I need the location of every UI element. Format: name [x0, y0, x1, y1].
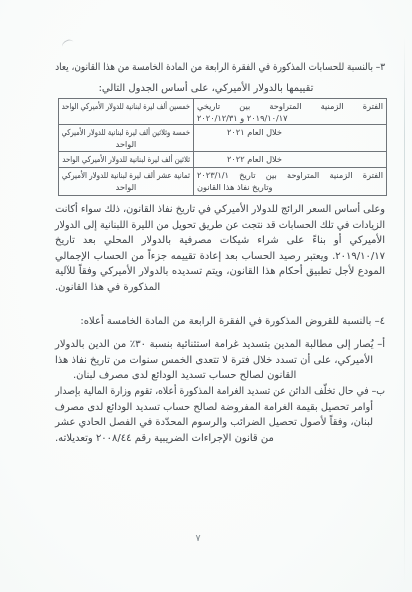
paragraph-line: وعلى أساس السعر الرائج للدولار الأميركي …	[64, 202, 385, 218]
paragraph-line: ٢٠١٩/١٠/١٧. ويعتبر رصيد الحساب بعد إعادة…	[55, 249, 385, 265]
exchange-rate-table-wrap: الفترة الزمنية المتراوحة بين تاريخي ٢٠١٩…	[59, 98, 387, 196]
period-cell: الفترة الزمنية المتراوحة بين تاريخ ٢٠٢٣/…	[194, 168, 387, 196]
clause-3-paragraph: ٣– بالنسبة للحسابات المذكورة في الفقرة ا…	[55, 58, 385, 99]
rate-cell: خمسة وثلاثين ألف ليرة لبنانية للدولار ال…	[59, 125, 194, 152]
cell-line: ٢٠١٩/١٠/١٧ و ٢٠٢٠/١٢/٣١	[197, 112, 383, 124]
rate-cell: خمسين ألف ليرة لبنانية للدولار الأميركي …	[59, 99, 194, 125]
cell-line: ثلاثين ألف ليرة لبنانية للدولار الأميركي…	[82, 153, 190, 165]
table-row: الفترة الزمنية المتراوحة بين تاريخي ٢٠١٩…	[59, 99, 387, 125]
cell-line: ثمانية عشر ألف ليرة لبنانية للدولار الأم…	[79, 169, 190, 181]
cell-line: خمسين ألف ليرة لبنانية للدولار الأميركي …	[87, 100, 190, 112]
period-cell: خلال العام ٢٠٢١	[194, 125, 387, 152]
clause-3-line: ٣– بالنسبة للحسابات المذكورة في الفقرة ا…	[91, 58, 385, 79]
subclause-b-line: لبنان، وفقاً لأصول تحصيل الضرائب والرسوم…	[57, 415, 373, 431]
cell-line: خلال العام ٢٠٢١	[197, 126, 383, 138]
rate-cell: ثلاثين ألف ليرة لبنانية للدولار الأميركي…	[59, 152, 194, 168]
paragraph-line: المودع لأجل تطبيق أحكام هذا القانون، ويت…	[55, 264, 385, 280]
cell-line: الواحد	[62, 138, 190, 150]
scan-artifact-mark	[61, 38, 76, 51]
period-cell: الفترة الزمنية المتراوحة بين تاريخي ٢٠١٩…	[194, 99, 387, 125]
exchange-rate-table: الفترة الزمنية المتراوحة بين تاريخي ٢٠١٩…	[58, 98, 387, 196]
rate-cell: ثمانية عشر ألف ليرة لبنانية للدولار الأم…	[59, 168, 194, 196]
subclause-b-line: ب– في حال تخلّف الدائن عن تسديد الغرامة …	[79, 384, 385, 400]
scanned-page: ٣– بالنسبة للحسابات المذكورة في الفقرة ا…	[0, 0, 412, 592]
cell-line: خلال العام ٢٠٢٢	[197, 153, 383, 165]
table-row: خلال العام ٢٠٢٢ ثلاثين ألف ليرة لبنانية …	[59, 152, 387, 168]
scan-edge-shadow	[404, 36, 405, 588]
table-row: خلال العام ٢٠٢١ خمسة وثلاثين ألف ليرة لب…	[59, 125, 387, 152]
paragraph-line: الأميركي أو بناءً على شراء شيكات مصرفية …	[55, 233, 385, 249]
valuation-paragraph: وعلى أساس السعر الرائج للدولار الأميركي …	[55, 202, 385, 295]
table-row: الفترة الزمنية المتراوحة بين تاريخ ٢٠٢٣/…	[59, 168, 387, 196]
cell-line: وتاريخ نفاذ هذا القانون	[197, 181, 383, 193]
subclause-a-line: الأميركي، على أن تسدد خلال فترة لا تتعدى…	[55, 353, 373, 369]
subclause-a-line: القانون لصالح حساب تسديد الودائع لدى مصر…	[55, 368, 373, 384]
clause-3-line: تقييمها بالدولار الأميركي، على أساس الجد…	[41, 79, 371, 100]
cell-line: الواحد	[62, 181, 190, 193]
cell-line: الفترة الزمنية المتراوحة بين تاريخ ٢٠٢٣/…	[197, 169, 383, 181]
page-number: ٧	[184, 533, 212, 544]
cell-line: الفترة الزمنية المتراوحة بين تاريخي	[197, 100, 383, 112]
paragraph-line: الزيادات في تلك الحسابات قد نتجت عن طريق…	[68, 218, 385, 234]
subclause-b-line: أوامر تحصيل بقيمة الغرامة المفروضة لصالح…	[60, 400, 373, 416]
clause-4-heading: ٤– بالنسبة للقروض المذكورة في الفقرة الر…	[55, 314, 385, 330]
paragraph-line: المذكورة في هذا القانون.	[55, 280, 385, 296]
subclause-a-line: أ– يُصار إلى مطالبة المدين بتسديد غرامة …	[55, 337, 385, 353]
period-cell: خلال العام ٢٠٢٢	[194, 152, 387, 168]
clause-4-heading-line: ٤– بالنسبة للقروض المذكورة في الفقرة الر…	[55, 314, 385, 330]
subclause-b-paragraph: ب– في حال تخلّف الدائن عن تسديد الغرامة …	[55, 384, 385, 446]
subclause-a-paragraph: أ– يُصار إلى مطالبة المدين بتسديد غرامة …	[55, 337, 385, 384]
cell-line: خمسة وثلاثين ألف ليرة لبنانية للدولار ال…	[85, 126, 190, 138]
subclause-b-line: من قانون الإجراءات الضريبية رقم ٢٠٠٨/٤٤ …	[55, 431, 373, 447]
